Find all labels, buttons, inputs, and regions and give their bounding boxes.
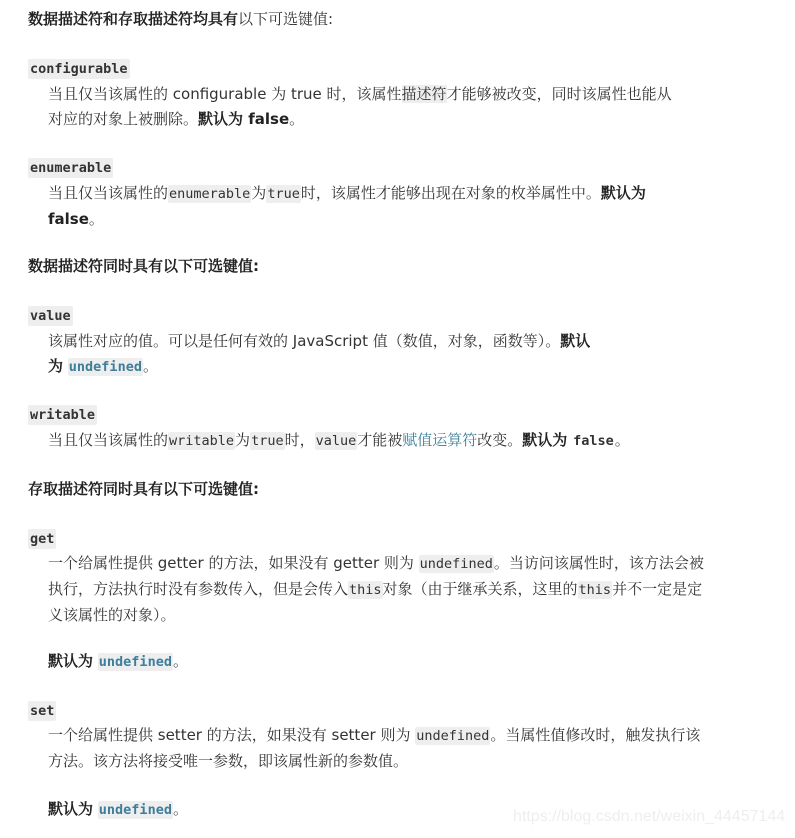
default-value-label: 默认为 false — [198, 110, 289, 128]
accessor-descriptor-heading-text: 存取描述符同时具有以下可选键值: — [28, 480, 259, 498]
default-value-code: undefined — [98, 653, 173, 671]
term-get: get — [28, 529, 56, 549]
inline-code: enumerable — [168, 185, 251, 203]
desc-get: 一个给属性提供 getter 的方法，如果没有 getter 则为 undefi… — [48, 551, 708, 628]
default-get: 默认为 undefined。 — [48, 649, 708, 675]
accessor-descriptor-heading: 存取描述符同时具有以下可选键值: — [28, 478, 259, 500]
desc-text: 对象（由于继承关系，这里的 — [383, 580, 578, 598]
desc-text: 才能够被改变，同时该属性也能从 — [447, 85, 672, 103]
term-configurable: configurable — [28, 59, 130, 79]
desc-text: 时，该属性才能够出现在对象的枚举属性中。 — [301, 184, 601, 202]
desc-text: 当且仅当该属性的 configurable 为 true 时，该属性 — [48, 85, 402, 103]
inline-code: writable — [168, 432, 235, 450]
inline-code: undefined — [415, 727, 490, 745]
desc-text: 一个给属性提供 getter 的方法，如果没有 getter 则为 — [48, 554, 419, 572]
inline-code: this — [578, 581, 613, 599]
punctuation: 。 — [173, 800, 188, 818]
inline-code: undefined — [419, 555, 494, 573]
common-keys-heading-rest: 以下可选键值: — [238, 10, 333, 28]
assignment-operators-link[interactable]: 赋值运算符 — [402, 431, 477, 449]
punctuation: 。 — [289, 110, 304, 128]
punctuation: 。 — [143, 357, 158, 375]
data-descriptor-heading-text: 数据描述符同时具有以下可选键值: — [28, 257, 259, 275]
default-value: false — [48, 210, 89, 228]
default-value-code: undefined — [68, 358, 143, 376]
desc-text: 才能被 — [357, 431, 402, 449]
default-value-label: 为 — [48, 357, 63, 375]
data-descriptor-heading: 数据描述符同时具有以下可选键值: — [28, 255, 259, 277]
desc-writable: 当且仅当该属性的writable为true时，value才能被赋值运算符改变。默… — [48, 428, 708, 454]
desc-value: 该属性对应的值。可以是任何有效的 JavaScript 值（数值，对象，函数等）… — [48, 329, 708, 380]
default-value-label: 默认为 — [522, 431, 567, 449]
inline-code: this — [348, 581, 383, 599]
desc-text: 当且仅当该属性的 — [48, 431, 168, 449]
highlighted-text: 描述符 — [402, 85, 447, 103]
term-enumerable: enumerable — [28, 158, 113, 178]
inline-code: value — [315, 432, 358, 450]
desc-text: 为 — [235, 431, 250, 449]
desc-text: 当且仅当该属性的 — [48, 184, 168, 202]
csdn-watermark: https://blog.csdn.net/weixin_44457144 — [513, 808, 785, 826]
inline-code: true — [266, 185, 301, 203]
default-value-code: undefined — [98, 801, 173, 819]
term-value: value — [28, 306, 73, 326]
desc-enumerable: 当且仅当该属性的enumerable为true时，该属性才能够出现在对象的枚举属… — [48, 181, 708, 232]
desc-text: 为 — [251, 184, 266, 202]
desc-text: 该属性对应的值。可以是任何有效的 JavaScript 值（数值，对象，函数等）… — [48, 332, 560, 350]
desc-text: 时， — [285, 431, 315, 449]
default-value-code: false — [572, 432, 615, 450]
common-keys-heading: 数据描述符和存取描述符均具有以下可选键值: — [28, 8, 333, 30]
desc-text: 一个给属性提供 setter 的方法，如果没有 setter 则为 — [48, 726, 415, 744]
inline-code: true — [250, 432, 285, 450]
desc-configurable: 当且仅当该属性的 configurable 为 true 时，该属性描述符才能够… — [48, 82, 708, 132]
punctuation: 。 — [89, 210, 104, 228]
desc-text: 改变。 — [477, 431, 522, 449]
term-writable: writable — [28, 405, 97, 425]
common-keys-heading-bold: 数据描述符和存取描述符均具有 — [28, 10, 238, 28]
default-value-label: 默认为 — [601, 184, 646, 202]
default-value-label: 默认为 — [48, 800, 93, 818]
default-value-label: 默认 — [560, 332, 590, 350]
desc-text: 对应的对象上被删除。 — [48, 110, 198, 128]
punctuation: 。 — [615, 431, 630, 449]
desc-set: 一个给属性提供 setter 的方法，如果没有 setter 则为 undefi… — [48, 723, 708, 774]
punctuation: 。 — [173, 652, 188, 670]
term-set: set — [28, 701, 56, 721]
default-value-label: 默认为 — [48, 652, 93, 670]
